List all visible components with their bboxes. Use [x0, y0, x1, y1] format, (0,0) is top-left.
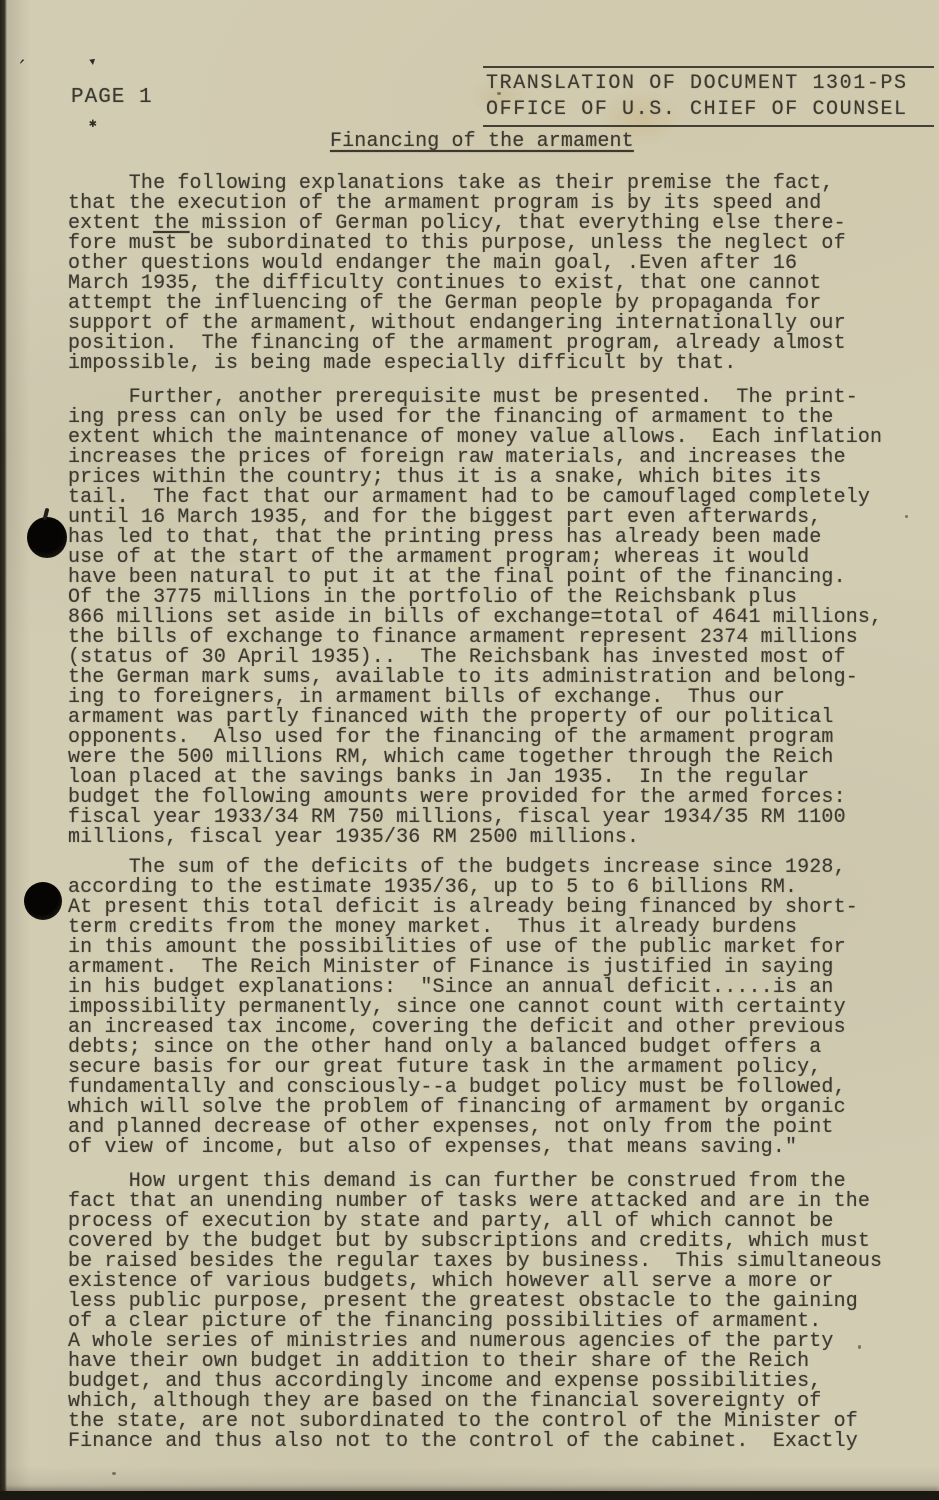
scan-edge-bottom — [0, 1491, 939, 1500]
document-title: Financing of the armament — [330, 132, 634, 152]
page-number-label: PAGE 1 — [71, 88, 153, 108]
paragraph-2: Further, another prerequisite must be pr… — [68, 388, 918, 848]
paragraph-1: The following explanations take as their… — [68, 174, 918, 374]
pen-mark-arrow-icon: ▾ — [87, 51, 99, 71]
document-header: TRANSLATION OF DOCUMENT 1301-PS OFFICE O… — [483, 66, 934, 127]
paragraph-4: How urgent this demand is can further be… — [68, 1172, 918, 1452]
scan-edge-left — [0, 0, 7, 1500]
ink-speck — [112, 1472, 116, 1475]
pen-mark-tick-icon: ’ — [14, 57, 28, 76]
paragraph-3: The sum of the deficits of the budgets i… — [68, 858, 918, 1158]
scanned-document-page: ▾ ✱ ’ PAGE 1 TRANSLATION OF DOCUMENT 130… — [0, 0, 939, 1500]
hole-punch-top — [27, 517, 67, 558]
paragraph-1-text: mission of German policy, that everythin… — [68, 212, 846, 375]
hole-punch-bottom — [24, 882, 62, 920]
pen-mark-asterisk-icon: ✱ — [89, 116, 97, 131]
header-line-office: OFFICE OF U.S. CHIEF OF COUNSEL — [486, 97, 934, 123]
header-line-translation: TRANSLATION OF DOCUMENT 1301-PS — [486, 71, 934, 97]
